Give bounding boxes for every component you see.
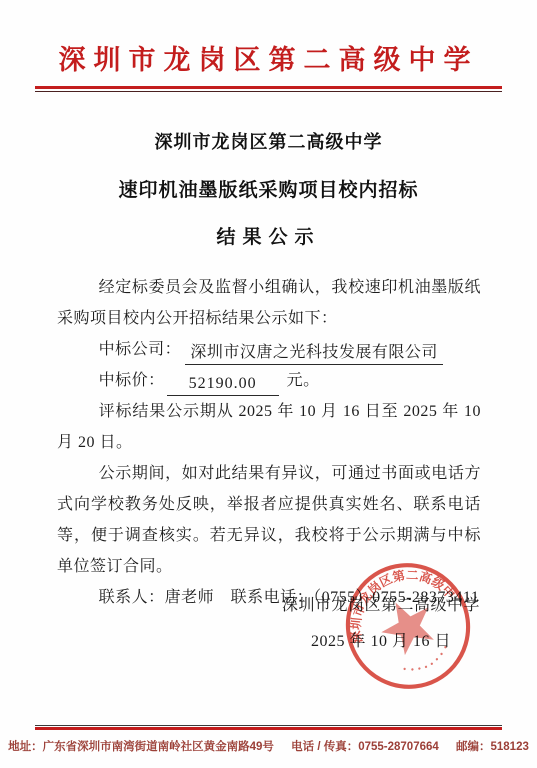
footer-address: 地址：广东省深圳市南湾街道南岭社区黄金南路49号 bbox=[8, 741, 274, 753]
signature-org: 深圳市龙岗区第二高级中学 bbox=[282, 592, 480, 615]
footer-rule bbox=[35, 725, 502, 731]
winner-value: 深圳市汉唐之光科技发展有限公司 bbox=[185, 342, 443, 365]
letterhead-rule bbox=[35, 86, 502, 92]
letterhead-rule-thin bbox=[35, 91, 502, 92]
document-title-result: 结果公示 bbox=[0, 222, 537, 249]
signature-block: 深圳市龙岗区第二高级中学 2025 年 10 月 16 日 bbox=[282, 592, 480, 651]
document-page: 深圳市龙岗区第二高级中学 深圳市龙岗区第二高级中学 速印机油墨版纸采购项目校内招… bbox=[0, 0, 537, 768]
price-unit: 元。 bbox=[287, 372, 320, 389]
document-title-project: 速印机油墨版纸采购项目校内招标 bbox=[0, 175, 537, 202]
letterhead: 深圳市龙岗区第二高级中学 bbox=[0, 0, 537, 92]
price-value: 52190.00 bbox=[167, 373, 279, 396]
letterhead-rule-thick bbox=[35, 86, 502, 89]
period-paragraph: 评标结果公示期从 2025 年 10 月 16 日至 2025 年 10 月 2… bbox=[57, 396, 481, 458]
page-footer: 地址：广东省深圳市南湾街道南岭社区黄金南路49号 电话 / 传真：0755-28… bbox=[0, 725, 537, 755]
document-title: 深圳市龙岗区第二高级中学 速印机油墨版纸采购项目校内招标 结果公示 bbox=[0, 128, 537, 249]
winner-label: 中标公司： bbox=[99, 341, 182, 358]
document-body: 经定标委员会及监督小组确认，我校速印机油墨版纸采购项目校内公开招标结果公示如下：… bbox=[57, 272, 481, 613]
footer-phone: 电话 / 传真：0755-28707664 bbox=[291, 741, 439, 753]
price-field: 中标价：52190.00元。 bbox=[57, 365, 481, 396]
signature-date: 2025 年 10 月 16 日 bbox=[282, 628, 480, 651]
letterhead-title: 深圳市龙岗区第二高级中学 bbox=[0, 38, 537, 77]
footer-contact-line: 地址：广东省深圳市南湾街道南岭社区黄金南路49号 电话 / 传真：0755-28… bbox=[0, 738, 537, 754]
document-title-org: 深圳市龙岗区第二高级中学 bbox=[0, 128, 537, 154]
price-label: 中标价： bbox=[99, 372, 165, 389]
winner-field: 中标公司：深圳市汉唐之光科技发展有限公司 bbox=[57, 334, 481, 365]
objection-paragraph: 公示期间，如对此结果有异议，可通过书面或电话方式向学校教务处反映，举报者应提供真… bbox=[57, 458, 481, 582]
footer-rule-thin bbox=[35, 725, 502, 726]
footer-rule-thick bbox=[35, 727, 502, 730]
footer-zip: 邮编：518123 bbox=[456, 741, 529, 753]
intro-paragraph: 经定标委员会及监督小组确认，我校速印机油墨版纸采购项目校内公开招标结果公示如下： bbox=[57, 272, 481, 334]
